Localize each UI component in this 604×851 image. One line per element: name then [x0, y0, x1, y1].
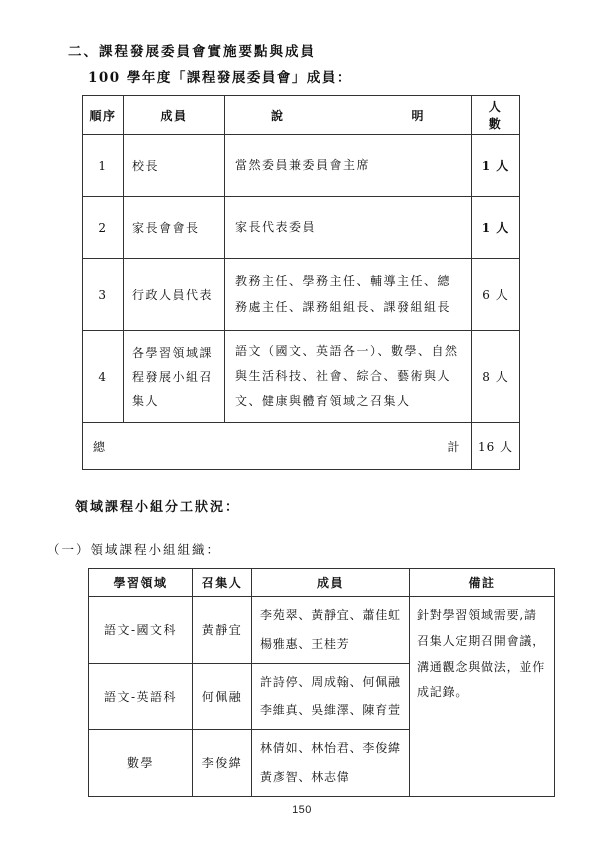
header-count: 人 數 [472, 96, 520, 135]
total-count: 16 人 [472, 423, 520, 470]
table-row: 2 家長會會長 家長代表委員 1 人 [83, 197, 520, 259]
table-row: 1 校長 當然委員兼委員會主席 1 人 [83, 135, 520, 197]
row-member: 各學習領域課程發展小組召集人 [124, 331, 225, 423]
table-row: 4 各學習領域課程發展小組召集人 語文（國文、英語各一）、數學、自然與生活科技、… [83, 331, 520, 423]
members-line: 李維真、吳維澤、陳育萱 [260, 696, 401, 725]
header-member: 成員 [124, 96, 225, 135]
table-total-row: 總 計 16 人 [83, 423, 520, 470]
header-domain: 學習領域 [89, 569, 193, 597]
members-line: 李苑翠、黃靜宜、蕭佳虹 [260, 601, 401, 630]
row-domain: 語文-英語科 [89, 663, 193, 730]
table-header-row: 學習領域 召集人 成員 備註 [89, 569, 555, 597]
total-label-right: 計 [447, 438, 461, 455]
row-count: 8 人 [472, 331, 520, 423]
row-description: 當然委員兼委員會主席 [225, 135, 472, 197]
header-note: 備註 [410, 569, 555, 597]
row-convener: 黃靜宜 [193, 597, 252, 664]
row-description: 家長代表委員 [225, 197, 472, 259]
row-order: 4 [83, 331, 124, 423]
row-description: 語文（國文、英語各一）、數學、自然與生活科技、社會、綜合、藝術與人文、健康與體育… [225, 331, 472, 423]
row-convener: 何佩融 [193, 663, 252, 730]
committee-members-table: 順序 成員 說 明 人 數 1 校長 當然委員兼委員會主席 1 人 2 家長會會… [82, 95, 520, 470]
row-member: 家長會會長 [124, 197, 225, 259]
row-members: 許詩停、周成翰、何佩融 李維真、吳維澤、陳育萱 [252, 663, 410, 730]
row-member: 行政人員代表 [124, 259, 225, 331]
section2-title: 領域課程小組分工狀況： [75, 496, 240, 515]
row-order: 3 [83, 259, 124, 331]
table-header-row: 順序 成員 說 明 人 數 [83, 96, 520, 135]
page-number: 150 [0, 804, 604, 816]
section2-subtitle: （一）領域課程小組組織： [47, 540, 221, 558]
members-line: 黃彥智、林志偉 [260, 763, 401, 792]
row-domain: 語文-國文科 [89, 597, 193, 664]
domain-groups-table: 學習領域 召集人 成員 備註 語文-國文科 黃靜宜 李苑翠、黃靜宜、蕭佳虹 楊雅… [88, 568, 555, 797]
header-members: 成員 [252, 569, 410, 597]
row-count: 1 人 [472, 197, 520, 259]
table1-caption: 100 學年度「課程發展委員會」成員： [88, 66, 352, 86]
row-order: 1 [83, 135, 124, 197]
row-count: 6 人 [472, 259, 520, 331]
members-line: 楊雅惠、王桂芳 [260, 630, 401, 659]
table-row: 語文-國文科 黃靜宜 李苑翠、黃靜宜、蕭佳虹 楊雅惠、王桂芳 針對學習領域需要,… [89, 597, 555, 664]
members-line: 許詩停、周成翰、何佩融 [260, 668, 401, 697]
total-label-cell: 總 計 [83, 423, 472, 470]
header-description: 說 明 [225, 96, 472, 135]
header-description-right: 明 [411, 107, 425, 124]
row-description: 教務主任、學務主任、輔導主任、總務處主任、課務組組長、課發組組長 [225, 259, 472, 331]
row-domain: 數學 [89, 730, 193, 797]
header-convener: 召集人 [193, 569, 252, 597]
row-members: 林倩如、林怡君、李俊緯 黃彥智、林志偉 [252, 730, 410, 797]
note-cell: 針對學習領域需要,請召集人定期召開會議，溝通觀念與做法，並作成記錄。 [410, 597, 555, 797]
row-order: 2 [83, 197, 124, 259]
row-convener: 李俊緯 [193, 730, 252, 797]
row-member: 校長 [124, 135, 225, 197]
row-count: 1 人 [472, 135, 520, 197]
header-description-left: 說 [271, 107, 285, 124]
header-order: 順序 [83, 96, 124, 135]
section-title: 二、課程發展委員會實施要點與成員 [68, 40, 316, 60]
total-label-left: 總 [93, 438, 107, 455]
document-page: 二、課程發展委員會實施要點與成員 100 學年度「課程發展委員會」成員： 順序 … [0, 0, 604, 851]
members-line: 林倩如、林怡君、李俊緯 [260, 734, 401, 763]
row-members: 李苑翠、黃靜宜、蕭佳虹 楊雅惠、王桂芳 [252, 597, 410, 664]
table-row: 3 行政人員代表 教務主任、學務主任、輔導主任、總務處主任、課務組組長、課發組組… [83, 259, 520, 331]
